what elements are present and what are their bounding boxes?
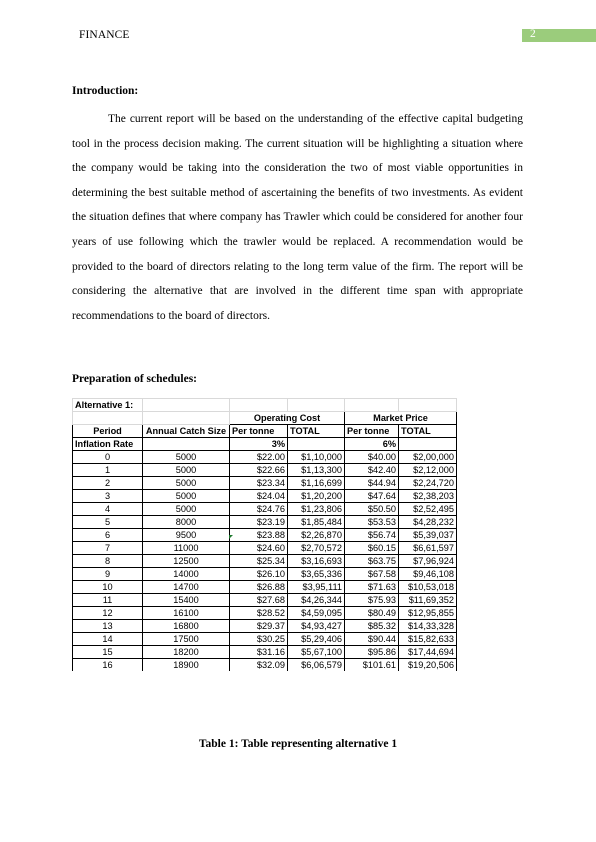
table-cell: $32.09 — [230, 659, 288, 672]
table-cell: 5000 — [143, 490, 230, 503]
table-cell: 6 — [73, 529, 143, 542]
table-cell: $25.34 — [230, 555, 288, 568]
operating-cost-header: Operating Cost — [230, 412, 345, 425]
table-row: 1316800$29.37$4,93,427$85.32$14,33,328 — [73, 620, 457, 633]
table-cell: $2,12,000 — [399, 464, 457, 477]
table-cell: 16100 — [143, 607, 230, 620]
table-cell: 3 — [73, 490, 143, 503]
table-cell: $67.58 — [345, 568, 399, 581]
table-cell: $40.00 — [345, 451, 399, 464]
table-cell: $29.37 — [230, 620, 288, 633]
table-cell: $44.94 — [345, 477, 399, 490]
table-cell: $23.88 — [230, 529, 288, 542]
table-cell: $90.44 — [345, 633, 399, 646]
table-cell: $1,85,484 — [288, 516, 345, 529]
table-cell: $23.34 — [230, 477, 288, 490]
group-header-row: Operating Cost Market Price — [73, 412, 457, 425]
column-header: Period — [73, 425, 143, 438]
table-row: 25000$23.34$1,16,699$44.94$2,24,720 — [73, 477, 457, 490]
table-cell: $31.16 — [230, 646, 288, 659]
table-cell: 9 — [73, 568, 143, 581]
table-cell: 8000 — [143, 516, 230, 529]
table-cell: $22.00 — [230, 451, 288, 464]
table-cell: 5 — [73, 516, 143, 529]
table-cell: 16800 — [143, 620, 230, 633]
table-cell: 9500 — [143, 529, 230, 542]
table-cell: $5,39,037 — [399, 529, 457, 542]
table-row: 711000$24.60$2,70,572$60.15$6,61,597 — [73, 542, 457, 555]
cell-comment-marker — [229, 535, 233, 539]
table-cell: $4,26,344 — [288, 594, 345, 607]
header-title: FINANCE — [79, 29, 130, 41]
column-header-row: Period Annual Catch Size Per tonne TOTAL… — [73, 425, 457, 438]
table-cell: $2,24,720 — [399, 477, 457, 490]
table-cell: 10 — [73, 581, 143, 594]
column-header: Annual Catch Size — [143, 425, 230, 438]
column-header: TOTAL — [399, 425, 457, 438]
table-cell: $2,00,000 — [399, 451, 457, 464]
alternative-1-table: Alternative 1: Operating Cost Market Pri… — [72, 398, 457, 671]
table-cell: $11,69,352 — [399, 594, 457, 607]
market-price-inflation: 6% — [345, 438, 399, 451]
table-title: Alternative 1: — [73, 399, 143, 412]
table-cell: 15 — [73, 646, 143, 659]
table-cell: 2 — [73, 477, 143, 490]
table-cell: $50.50 — [345, 503, 399, 516]
table-cell: 1 — [73, 464, 143, 477]
table-cell: $7,96,924 — [399, 555, 457, 568]
table-cell: $75.93 — [345, 594, 399, 607]
introduction-heading: Introduction: — [72, 85, 138, 97]
table-cell: $2,26,870 — [288, 529, 345, 542]
table-cell: 11 — [73, 594, 143, 607]
table-cell: $6,61,597 — [399, 542, 457, 555]
table-cell: $26.88 — [230, 581, 288, 594]
table-cell: $6,06,579 — [288, 659, 345, 672]
table-caption: Table 1: Table representing alternative … — [0, 738, 596, 750]
table-cell: $22.66 — [230, 464, 288, 477]
table-cell: $42.40 — [345, 464, 399, 477]
table-cell: 16 — [73, 659, 143, 672]
table-row: 812500$25.34$3,16,693$63.75$7,96,924 — [73, 555, 457, 568]
table-cell: $24.60 — [230, 542, 288, 555]
table-row: 1518200$31.16$5,67,100$95.86$17,44,694 — [73, 646, 457, 659]
table-cell: $1,10,000 — [288, 451, 345, 464]
table-cell: $14,33,328 — [399, 620, 457, 633]
table-cell: $27.68 — [230, 594, 288, 607]
table-cell: 11000 — [143, 542, 230, 555]
table-cell: $5,67,100 — [288, 646, 345, 659]
table-row: 1216100$28.52$4,59,095$80.49$12,95,855 — [73, 607, 457, 620]
table-cell: $80.49 — [345, 607, 399, 620]
table-cell: $9,46,108 — [399, 568, 457, 581]
table-cell: 14700 — [143, 581, 230, 594]
table-cell: 18900 — [143, 659, 230, 672]
table-cell: $24.76 — [230, 503, 288, 516]
table-cell: $3,95,111 — [288, 581, 345, 594]
table-cell: $3,65,336 — [288, 568, 345, 581]
table-cell: $10,53,018 — [399, 581, 457, 594]
table-row: 1014700$26.88$3,95,111$71.63$10,53,018 — [73, 581, 457, 594]
table-cell: $2,38,203 — [399, 490, 457, 503]
table-cell: $1,20,200 — [288, 490, 345, 503]
table-cell: 12500 — [143, 555, 230, 568]
table-row: 15000$22.66$1,13,300$42.40$2,12,000 — [73, 464, 457, 477]
table-cell: $1,23,806 — [288, 503, 345, 516]
table-cell: $26.10 — [230, 568, 288, 581]
table-cell: $15,82,633 — [399, 633, 457, 646]
table-cell: 7 — [73, 542, 143, 555]
table-cell: 8 — [73, 555, 143, 568]
table-cell: 13 — [73, 620, 143, 633]
column-header: Per tonne — [345, 425, 399, 438]
table-cell: 5000 — [143, 503, 230, 516]
table-cell: $2,70,572 — [288, 542, 345, 555]
table-cell: 5000 — [143, 477, 230, 490]
table-cell: $23.19 — [230, 516, 288, 529]
table-cell: 0 — [73, 451, 143, 464]
table-cell: $5,29,406 — [288, 633, 345, 646]
column-header: Per tonne — [230, 425, 288, 438]
table-cell: 14 — [73, 633, 143, 646]
table-cell: $47.64 — [345, 490, 399, 503]
market-price-header: Market Price — [345, 412, 457, 425]
table-cell: $1,13,300 — [288, 464, 345, 477]
table-cell: 15400 — [143, 594, 230, 607]
table-cell: $4,59,095 — [288, 607, 345, 620]
table-cell: 14000 — [143, 568, 230, 581]
table-row: 1115400$27.68$4,26,344$75.93$11,69,352 — [73, 594, 457, 607]
table-row: 05000$22.00$1,10,000$40.00$2,00,000 — [73, 451, 457, 464]
table-cell: $2,52,495 — [399, 503, 457, 516]
table-cell: $63.75 — [345, 555, 399, 568]
introduction-paragraph: The current report will be based on the … — [72, 107, 523, 328]
table-cell: $28.52 — [230, 607, 288, 620]
table-row: 1618900$32.09$6,06,579$101.61$19,20,506 — [73, 659, 457, 672]
table-cell: 5000 — [143, 464, 230, 477]
operating-cost-inflation: 3% — [230, 438, 288, 451]
table-cell: 4 — [73, 503, 143, 516]
table-cell: $56.74 — [345, 529, 399, 542]
table-cell: $4,93,427 — [288, 620, 345, 633]
page-number-badge: 2 — [522, 29, 596, 42]
table-cell: $53.53 — [345, 516, 399, 529]
table-row: 45000$24.76$1,23,806$50.50$2,52,495 — [73, 503, 457, 516]
inflation-rate-row: Inflation Rate 3% 6% — [73, 438, 457, 451]
table-cell: $12,95,855 — [399, 607, 457, 620]
table-cell: $85.32 — [345, 620, 399, 633]
table-cell: $4,28,232 — [399, 516, 457, 529]
table-row: 58000$23.19$1,85,484$53.53$4,28,232 — [73, 516, 457, 529]
table-cell: 18200 — [143, 646, 230, 659]
table-cell: $1,16,699 — [288, 477, 345, 490]
table-title-row: Alternative 1: — [73, 399, 457, 412]
table-cell: $101.61 — [345, 659, 399, 672]
table-row: 1417500$30.25$5,29,406$90.44$15,82,633 — [73, 633, 457, 646]
table-cell: $60.15 — [345, 542, 399, 555]
inflation-rate-label: Inflation Rate — [73, 438, 143, 451]
schedules-heading: Preparation of schedules: — [72, 373, 197, 385]
table-cell: $30.25 — [230, 633, 288, 646]
page-number: 2 — [530, 28, 536, 40]
column-header: TOTAL — [288, 425, 345, 438]
table-cell: 12 — [73, 607, 143, 620]
table-cell: $3,16,693 — [288, 555, 345, 568]
table-cell: $95.86 — [345, 646, 399, 659]
table-cell: $19,20,506 — [399, 659, 457, 672]
table-row: 914000$26.10$3,65,336$67.58$9,46,108 — [73, 568, 457, 581]
table-cell: 5000 — [143, 451, 230, 464]
table-row: 35000$24.04$1,20,200$47.64$2,38,203 — [73, 490, 457, 503]
table-cell: $17,44,694 — [399, 646, 457, 659]
table-cell: $71.63 — [345, 581, 399, 594]
table-cell: 17500 — [143, 633, 230, 646]
table-row: 69500$23.88$2,26,870$56.74$5,39,037 — [73, 529, 457, 542]
table-cell: $24.04 — [230, 490, 288, 503]
